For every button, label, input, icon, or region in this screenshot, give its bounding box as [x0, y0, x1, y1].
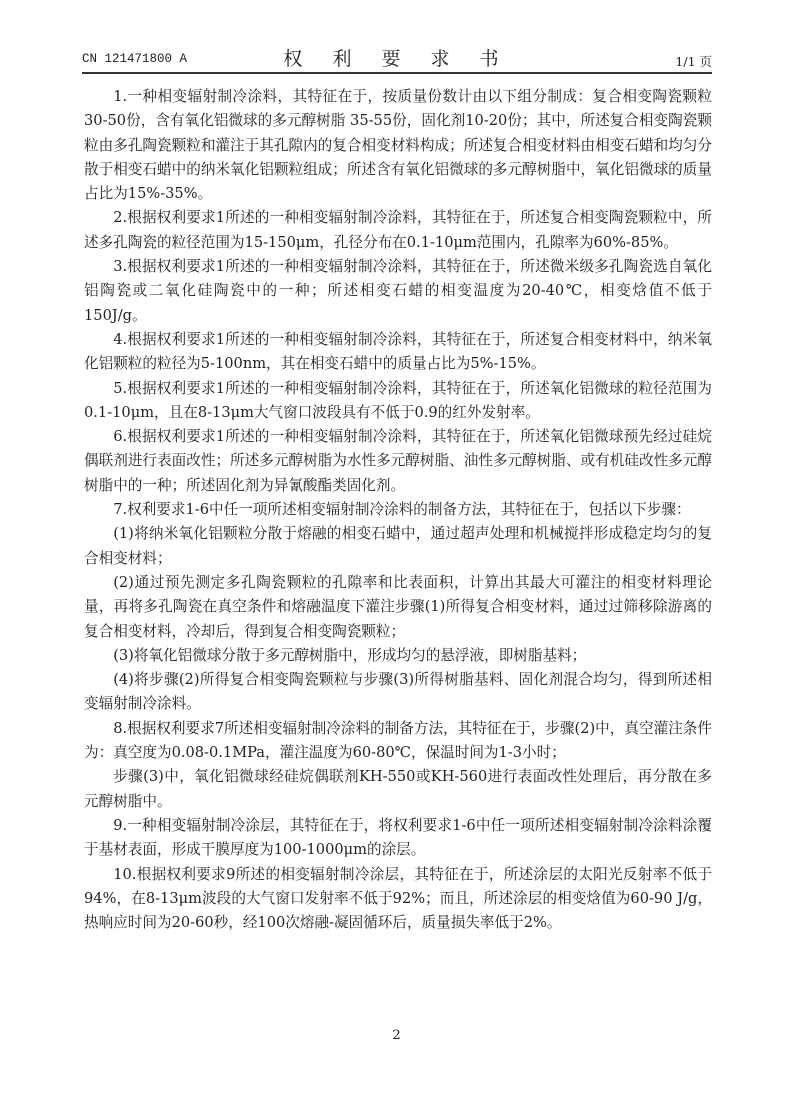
claim-2: 2.根据权利要求1所述的一种相变辐射制冷涂料，其特征在于，所述复合相变陶瓷颗粒中… — [84, 206, 712, 255]
claims-body: 1.一种相变辐射制冷涂料，其特征在于，按质量份数计由以下组分制成：复合相变陶瓷颗… — [84, 85, 712, 935]
claim-7-step-2: (2)通过预先测定多孔陶瓷颗粒的孔隙率和比表面积，计算出其最大可灌注的相变材料理… — [84, 571, 712, 644]
page-header: CN 121471800 A 权 利 要 求 书 1/1 页 — [82, 44, 712, 74]
claim-1: 1.一种相变辐射制冷涂料，其特征在于，按质量份数计由以下组分制成：复合相变陶瓷颗… — [84, 85, 712, 206]
claim-7: 7.权利要求1-6中任一项所述相变辐射制冷涂料的制备方法，其特征在于，包括以下步… — [84, 498, 712, 522]
claim-9: 9.一种相变辐射制冷涂层，其特征在于，将权利要求1-6中任一项所述相变辐射制冷涂… — [84, 814, 712, 863]
claim-4: 4.根据权利要求1所述的一种相变辐射制冷涂料，其特征在于，所述复合相变材料中，纳… — [84, 328, 712, 377]
claim-10: 10.根据权利要求9所述的相变辐射制冷涂层，其特征在于，所述涂层的太阳光反射率不… — [84, 863, 712, 936]
claim-6: 6.根据权利要求1所述的一种相变辐射制冷涂料，其特征在于，所述氧化铝微球预先经过… — [84, 425, 712, 498]
page-number: 2 — [0, 1028, 793, 1043]
claim-5: 5.根据权利要求1所述的一种相变辐射制冷涂料，其特征在于，所述氧化铝微球的粒径范… — [84, 377, 712, 426]
claim-3: 3.根据权利要求1所述的一种相变辐射制冷涂料，其特征在于，所述微米级多孔陶瓷选自… — [84, 255, 712, 328]
claim-7-step-4: (4)将步骤(2)所得复合相变陶瓷颗粒与步骤(3)所得树脂基料、固化剂混合均匀，… — [84, 668, 712, 717]
page-indicator: 1/1 页 — [675, 52, 712, 70]
claim-7-step-1: (1)将纳米氧化铝颗粒分散于熔融的相变石蜡中，通过超声处理和机械搅拌形成稳定均匀… — [84, 522, 712, 571]
claim-7-step-3: (3)将氧化铝微球分散于多元醇树脂中，形成均匀的悬浮液，即树脂基料； — [84, 644, 712, 668]
claim-8-continued: 步骤(3)中，氧化铝微球经硅烷偶联剂KH-550或KH-560进行表面改性处理后… — [84, 765, 712, 814]
document-title: 权 利 要 求 书 — [82, 44, 712, 71]
claim-8: 8.根据权利要求7所述相变辐射制冷涂料的制备方法，其特征在于，步骤(2)中，真空… — [84, 717, 712, 766]
